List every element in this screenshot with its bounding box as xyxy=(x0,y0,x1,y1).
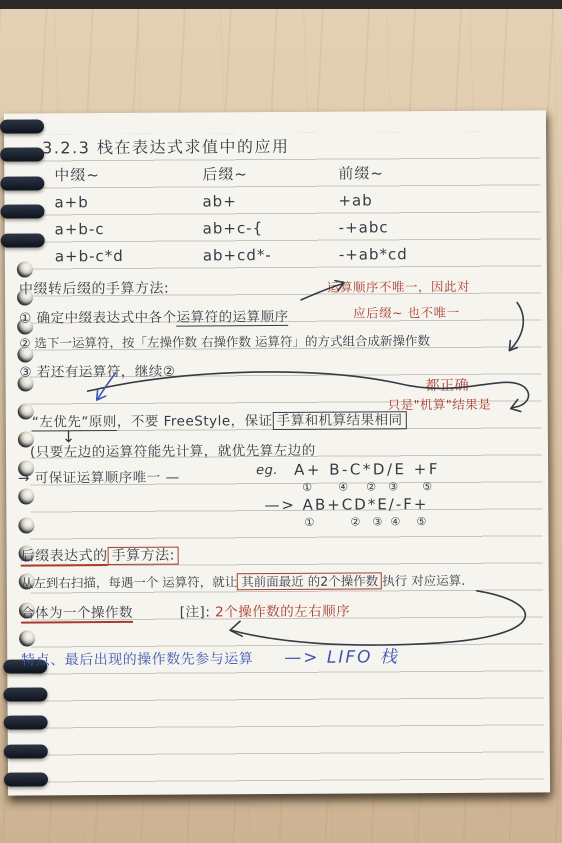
table-header-prefix: 前缀~ xyxy=(338,160,407,187)
example-postfix-result: —> AB+CD*E/-F+ xyxy=(264,495,428,514)
step-1-underlined: 运算符的运算顺序 xyxy=(177,309,289,327)
spiral-hole xyxy=(18,517,34,533)
example-infix-expression: A+ B-C*D/E +F xyxy=(294,460,440,479)
op-order-mark: ⑤ xyxy=(416,515,426,528)
guarantee-unique-order: → 可保证运算顺序唯一 — xyxy=(18,466,180,487)
postfix-eval-heading: 后缀表达式的手算方法: xyxy=(21,545,179,566)
op-order-mark: ② xyxy=(366,480,376,493)
op-order-mark: ③ xyxy=(388,480,398,493)
section-title: 3.2.3 栈在表达式求值中的应用 xyxy=(42,134,289,159)
step-1-text: ① 确定中缀表达式中各个 xyxy=(19,310,177,327)
spiral-hole xyxy=(18,489,34,505)
left-priority-line: “左优先”原则，不要 FreeStyle，保证手算和机算结果相同 xyxy=(32,408,407,430)
rule-prefix: 从左到右扫描，每遇一个 运算符，就让 xyxy=(21,574,238,590)
spiral-coil-bar xyxy=(0,148,44,162)
desk-edge-strip xyxy=(0,0,562,9)
op-order-mark: ④ xyxy=(390,515,400,528)
note-label: [注]: xyxy=(180,604,211,620)
table-cell: ab+cd*- xyxy=(203,242,339,270)
op-order-mark: ③ xyxy=(372,515,382,528)
table-cell: -+ab*cd xyxy=(339,241,408,268)
table-header-postfix: 后缀~ xyxy=(202,161,338,189)
left-priority-middle: ，不要 FreeStyle，保证 xyxy=(117,413,273,430)
red-note-postfix-not-unique: 应后缀~ 也不唯一 xyxy=(353,303,460,322)
rule-boxed-operands: 其前面最近 的2个操作数 xyxy=(237,572,382,590)
table-cell: +ab xyxy=(338,187,407,214)
spiral-hole xyxy=(17,261,33,277)
spiral-coil-bar xyxy=(0,119,44,133)
spiral-coil-bar xyxy=(1,233,45,247)
op-order-mark: ① xyxy=(302,481,312,494)
spiral-coil-bar xyxy=(0,176,44,190)
left-priority-explain: (只要左边的运算符能先计算，就优先算左边的 xyxy=(30,439,316,461)
spiral-coil-bar xyxy=(4,716,48,730)
table-cell: ab+ xyxy=(202,188,338,216)
conclusion-line: 特点、最后出现的操作数先参与运算 —> LIFO 栈 xyxy=(21,642,399,669)
spiral-coil-bar xyxy=(0,205,44,219)
red-note-order-not-unique: 运算顺序不唯一，因此对 xyxy=(327,277,470,296)
note-red-text: 2个操作数的左右顺序 xyxy=(215,604,350,621)
step-3: ③ 若还有运算符，继续② xyxy=(19,360,175,381)
op-order-mark: ① xyxy=(304,516,314,529)
spiral-coil-bar xyxy=(3,687,47,701)
step-2: ② 选下一运算符，按「左操作数 右操作数 运算符」的方式组合成新操作数 xyxy=(19,331,430,352)
spiral-coil-bar xyxy=(4,773,48,787)
postfix-eval-rule: 从左到右扫描，每遇一个 运算符，就让其前面最近 的2个操作数执行 对应运算. xyxy=(21,571,465,592)
notebook-page: 3.2.3 栈在表达式求值中的应用 中缀~ 后缀~ 前缀~ a+b ab+ +a… xyxy=(4,110,550,795)
spiral-coil-bar xyxy=(4,744,48,758)
op-order-mark: ④ xyxy=(338,481,348,494)
example-label: eg. xyxy=(256,463,278,478)
table-cell: a+b-c xyxy=(55,215,203,243)
table-cell: ab+c-{ xyxy=(203,215,339,243)
op-order-mark: ② xyxy=(350,515,360,528)
infix-to-postfix-heading: 中缀转后缀的手算方法: xyxy=(19,278,169,299)
postfix-eval-heading-boxed: 手算方法: xyxy=(108,547,179,565)
conversion-table: 中缀~ 后缀~ 前缀~ a+b ab+ +ab a+b-c ab+c-{ -+a… xyxy=(54,160,408,270)
table-header-infix: 中缀~ xyxy=(54,161,202,189)
postfix-eval-merge-line: 合体为一个操作数 [注]: 2个操作数的左右顺序 xyxy=(21,600,350,622)
table-cell: a+b-c*d xyxy=(55,242,203,270)
table-cell: -+abc xyxy=(339,214,408,241)
left-priority-boxed: 手算和机算结果相同 xyxy=(273,411,407,430)
conclusion-feature: 特点、最后出现的操作数先参与运算 xyxy=(21,651,253,668)
merge-text: 合体为一个操作数 xyxy=(21,605,133,624)
rule-suffix: 执行 对应运算. xyxy=(382,573,465,589)
lifo-stack-label: —> LIFO 栈 xyxy=(284,647,399,668)
table-cell: a+b xyxy=(54,188,202,216)
step-1: ① 确定中缀表达式中各个运算符的运算顺序 xyxy=(19,305,289,327)
op-order-mark: ⑤ xyxy=(422,480,432,493)
red-note-all-correct: 都正确 xyxy=(426,375,470,395)
postfix-eval-heading-prefix: 后缀表达式的 xyxy=(21,548,108,567)
